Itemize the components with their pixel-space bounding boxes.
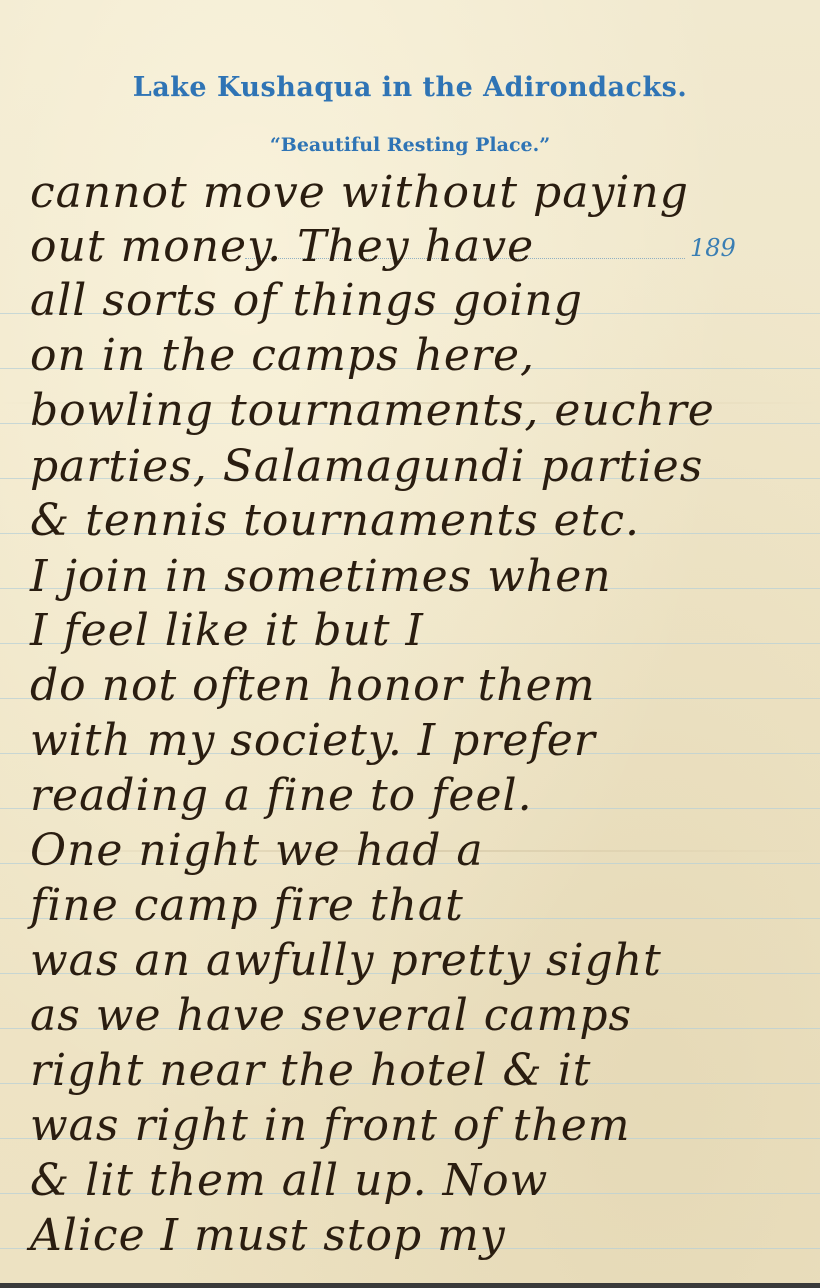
handwriting-line: & tennis tournaments etc. [30,496,810,546]
letterhead-title: Lake Kushaqua in the Adirondacks. [0,72,820,103]
handwriting-line: I feel like it but I [30,606,810,656]
handwriting-line: One night we had a [30,826,810,876]
handwriting-line: with my society. I prefer [30,716,810,766]
handwriting-line: on in the camps here, [30,331,810,381]
handwriting-line: was an awfully pretty sight [30,936,810,986]
handwriting-line: & lit them all up. Now [30,1156,810,1206]
letterhead-tagline: “Beautiful Resting Place.” [0,134,820,156]
handwriting-line: right near the hotel & it [30,1046,810,1096]
handwriting-line: do not often honor them [30,661,810,711]
scan-bottom-edge [0,1283,820,1288]
handwriting-line: parties, Salamagundi parties [30,442,810,492]
handwriting-line: bowling tournaments, euchre [30,386,810,436]
handwriting-line: was right in front of them [30,1101,810,1151]
handwriting-line: Alice I must stop my [30,1211,810,1261]
letter-page: Lake Kushaqua in the Adirondacks. “Beaut… [0,0,820,1288]
handwriting-line: as we have several camps [30,991,810,1041]
handwriting-line: fine camp fire that [30,881,810,931]
handwriting-line: out money. They have [30,222,810,272]
handwriting-line: reading a fine to feel. [30,771,810,821]
handwriting-line: all sorts of things going [30,276,810,326]
handwriting-line: cannot move without paying [30,168,810,218]
handwriting-line: I join in sometimes when [30,552,810,602]
